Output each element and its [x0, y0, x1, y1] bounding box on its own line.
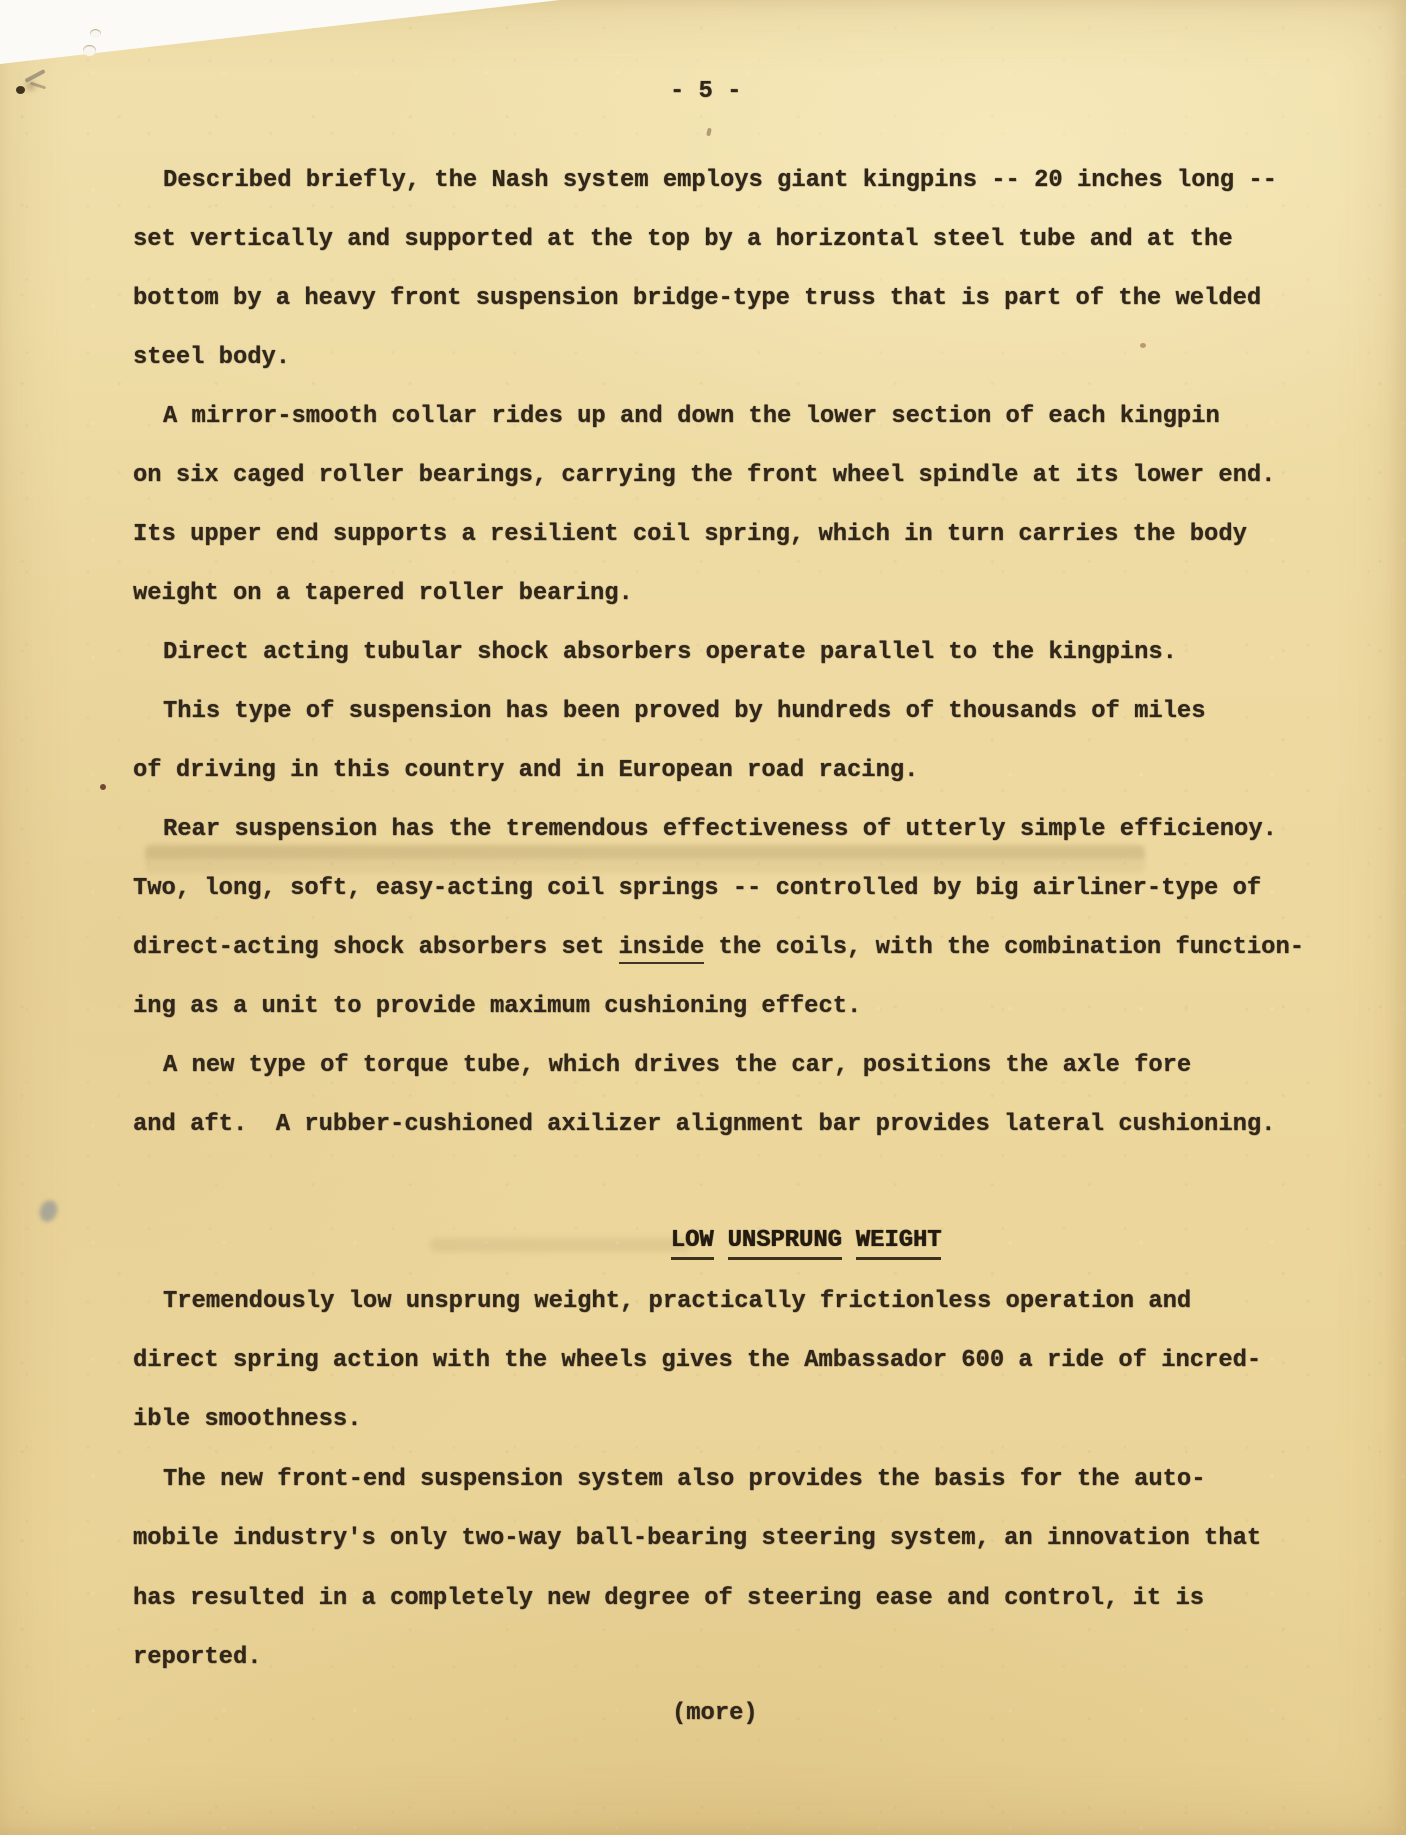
typed-line: This type of suspension has been proved …: [163, 697, 1205, 727]
document-page: - 5 - Described briefly, the Nash system…: [0, 0, 1406, 1835]
typed-line: and aft. A rubber-cushioned axilizer ali…: [133, 1110, 1275, 1140]
typed-line: Rear suspension has the tremendous effec…: [163, 815, 1277, 845]
page-number: - 5 -: [670, 77, 741, 107]
typed-line: A new type of torque tube, which drives …: [163, 1051, 1191, 1081]
typed-line: weight on a tapered roller bearing.: [133, 579, 633, 609]
typed-text-layer: - 5 - Described briefly, the Nash system…: [0, 0, 1406, 1835]
more-indicator: (more): [672, 1699, 758, 1729]
heading-word: LOW: [671, 1227, 714, 1260]
typed-line: reported.: [133, 1643, 262, 1673]
typed-segment: the coils, with the combination function…: [704, 934, 1304, 961]
typed-line: Described briefly, the Nash system emplo…: [163, 166, 1277, 196]
typed-line: direct spring action with the wheels giv…: [133, 1346, 1261, 1376]
typed-line: on six caged roller bearings, carrying t…: [133, 461, 1275, 491]
heading-word: WEIGHT: [856, 1227, 942, 1260]
typed-line: The new front-end suspension system also…: [163, 1465, 1205, 1495]
typed-line: Tremendously low unsprung weight, practi…: [163, 1287, 1191, 1317]
typed-line: ing as a unit to provide maximum cushion…: [133, 992, 861, 1022]
typed-line: direct-acting shock absorbers set inside…: [133, 933, 1304, 963]
typed-line: Direct acting tubular shock absorbers op…: [163, 638, 1177, 668]
typed-line: ible smoothness.: [133, 1405, 362, 1435]
typed-line: of driving in this country and in Europe…: [133, 756, 918, 786]
typed-line: steel body.: [133, 343, 290, 373]
typed-line: has resulted in a completely new degree …: [133, 1584, 1204, 1614]
typed-line: A mirror-smooth collar rides up and down…: [163, 402, 1220, 432]
typed-line: Two, long, soft, easy-acting coil spring…: [133, 874, 1261, 904]
heading-word: UNSPRUNG: [728, 1227, 842, 1260]
typed-segment: direct-acting shock absorbers set: [133, 934, 619, 961]
typed-line: set vertically and supported at the top …: [133, 225, 1233, 255]
typed-line: mobile industry's only two-way ball-bear…: [133, 1524, 1261, 1554]
typed-line: bottom by a heavy front suspension bridg…: [133, 284, 1261, 314]
underlined-word: inside: [619, 934, 705, 964]
typed-line: Its upper end supports a resilient coil …: [133, 520, 1247, 550]
section-heading: LOWUNSPRUNGWEIGHT: [585, 1196, 941, 1286]
